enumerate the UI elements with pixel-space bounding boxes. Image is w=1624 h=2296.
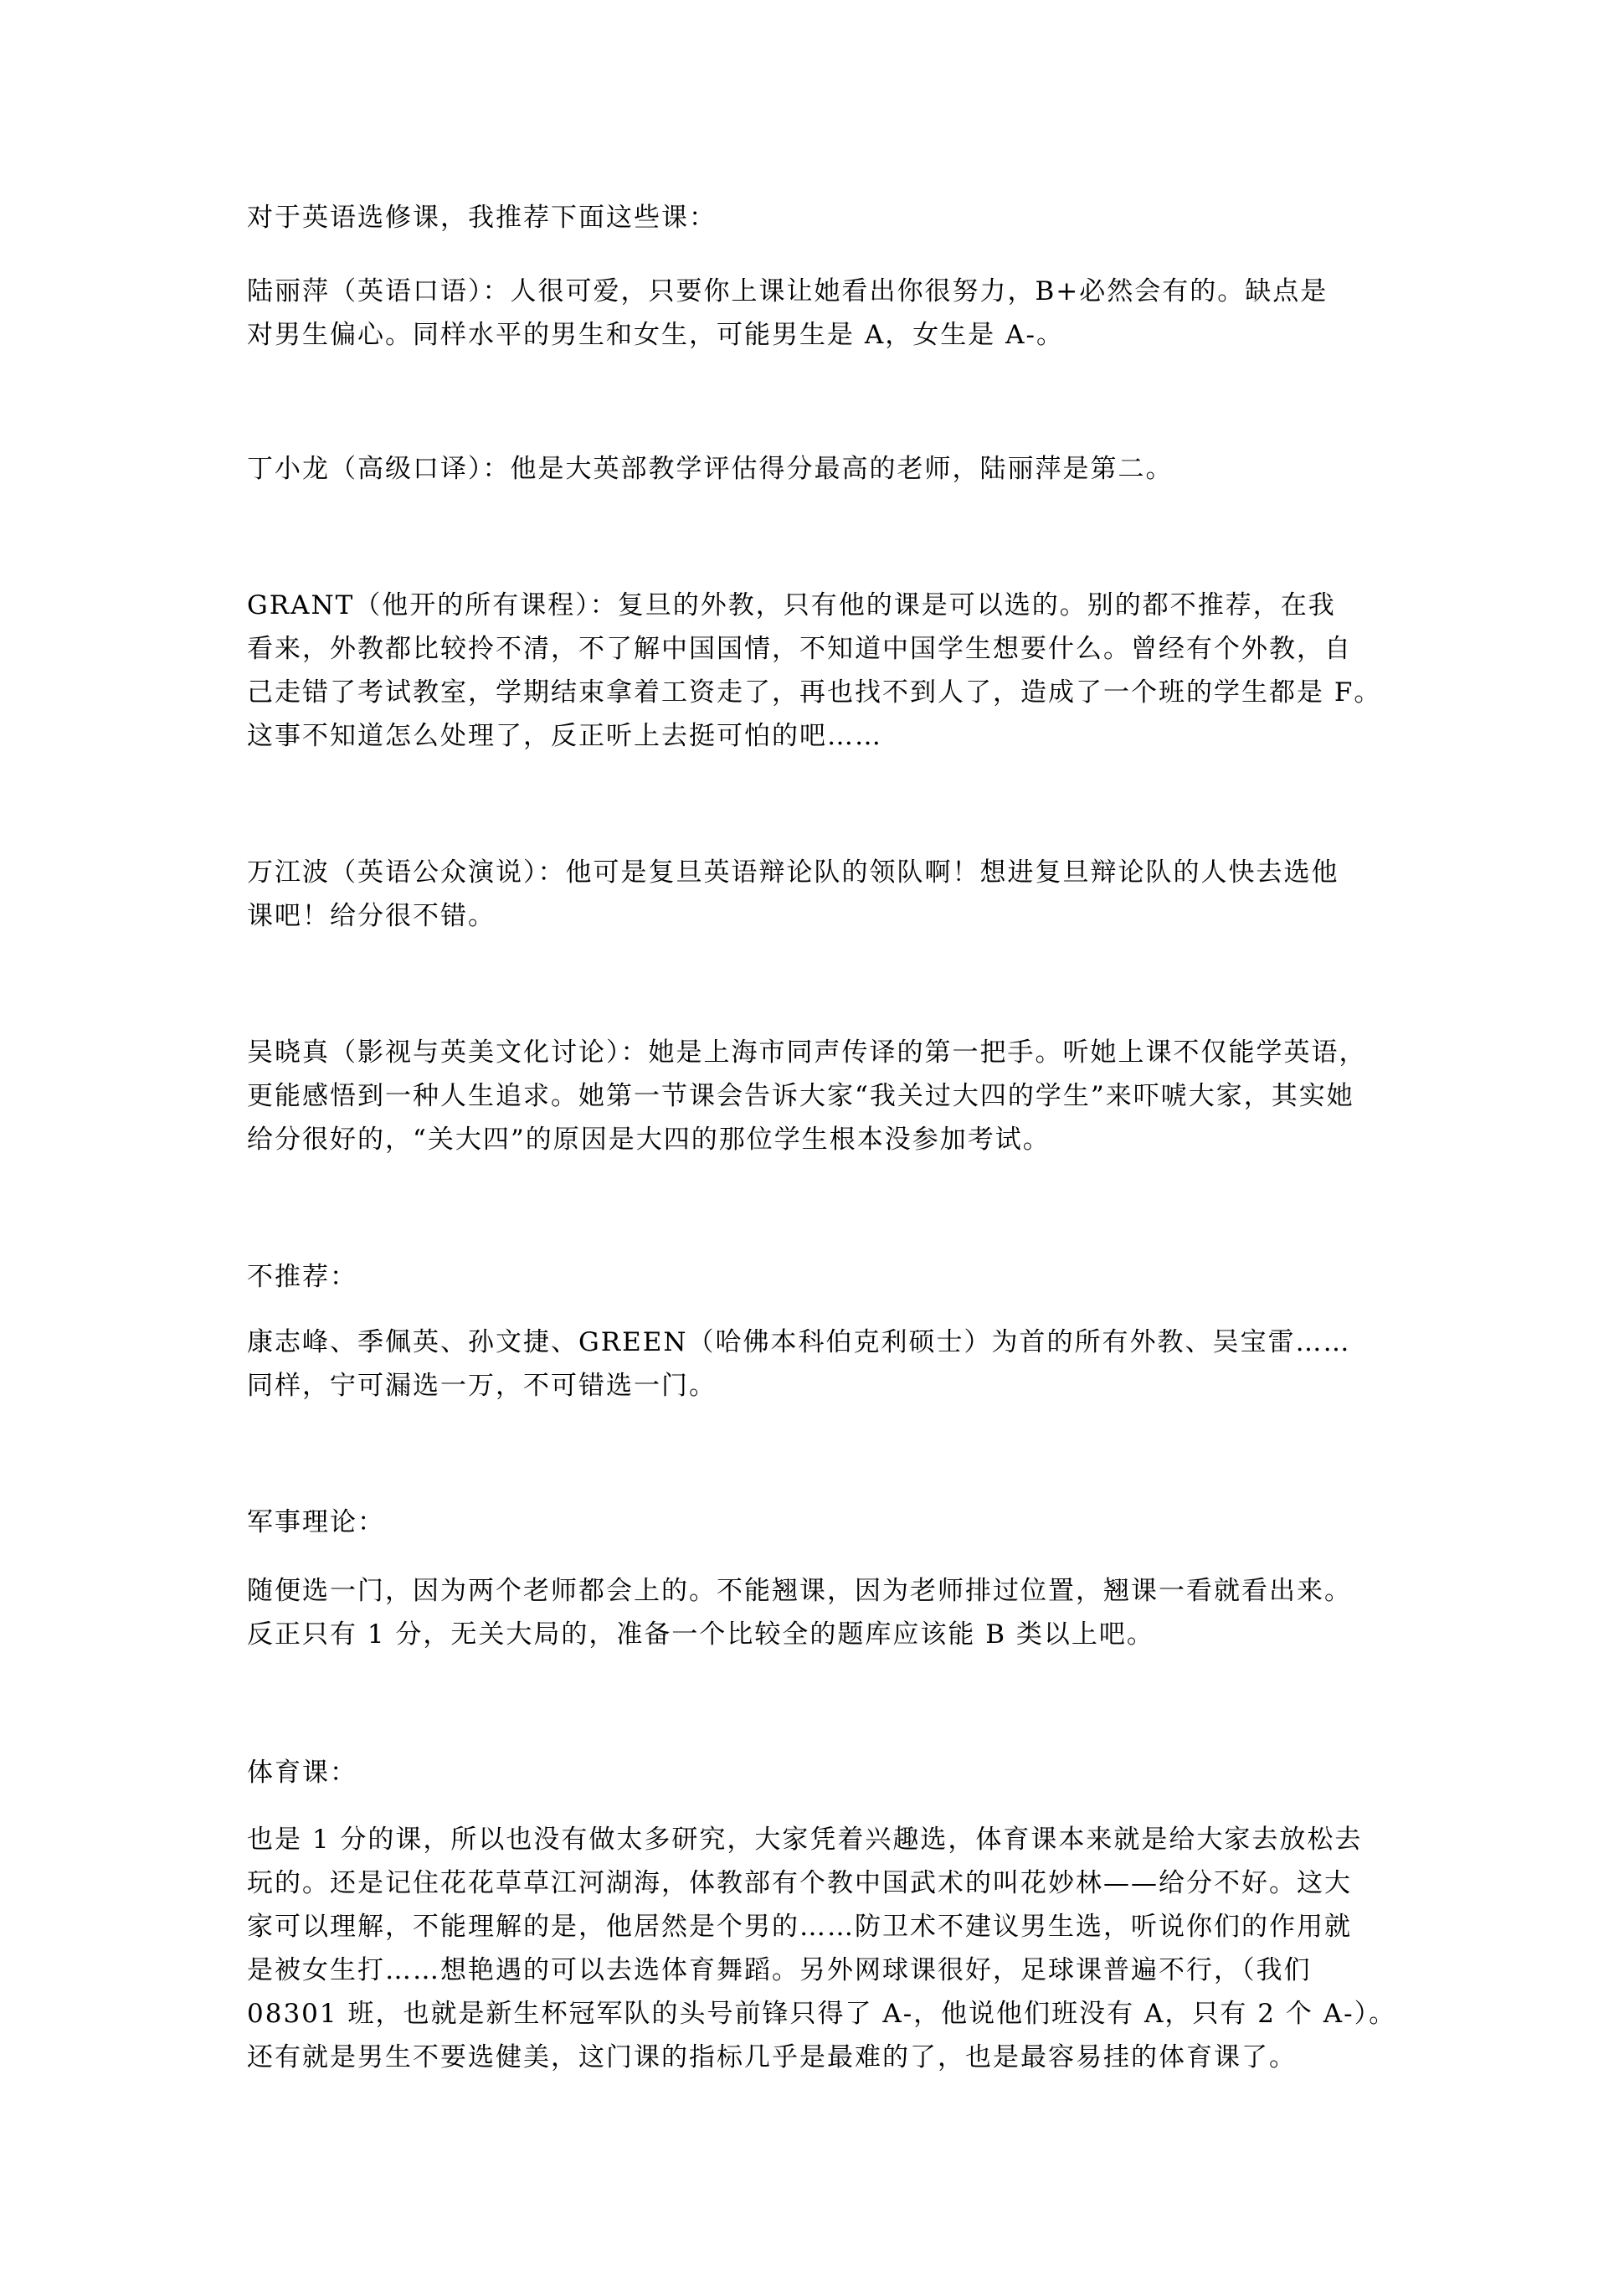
paragraph-line: 随便选一门，因为两个老师都会上的。不能翘课，因为老师排过位置，翘课一看就看出来。 (247, 1569, 1352, 1613)
paragraph-line: 万江波（英语公众演说）：他可是复旦英语辩论队的领队啊！想进复旦辩论队的人快去选他 (247, 851, 1339, 894)
document-page: 对于英语选修课，我推荐下面这些课： 陆丽萍（英语口语）：人很可爱，只要你上课让她… (0, 0, 1624, 2296)
paragraph-line: 康志峰、季佩英、孙文捷、GREEN（哈佛本科伯克利硕士）为首的所有外教、吴宝雷…… (247, 1320, 1351, 1364)
paragraph-line: 也是 1 分的课，所以也没有做太多研究，大家凭着兴趣选，体育课本来就是给大家去放… (247, 1818, 1362, 1861)
military-theory-heading: 军事理论： (247, 1501, 385, 1544)
paragraph-line: 反正只有 1 分，无关大局的，准备一个比较全的题库应该能 B 类以上吧。 (247, 1613, 1154, 1656)
paragraph-line: 家可以理解，不能理解的是，他居然是个男的……防卫术不建议男生选，听说你们的作用就 (247, 1905, 1352, 1949)
paragraph-line: 吴晓真（影视与英美文化讨论）：她是上海市同声传译的第一把手。听她上课不仅能学英语… (247, 1031, 1367, 1074)
paragraph-line: 同样，宁可漏选一万，不可错选一门。 (247, 1364, 717, 1408)
paragraph-line: GRANT（他开的所有课程）：复旦的外教，只有他的课是可以选的。别的都不推荐，在… (247, 584, 1336, 627)
paragraph-line: 更能感悟到一种人生追求。她第一节课会告诉大家“我关过大四的学生”来吓唬大家，其实… (247, 1074, 1354, 1118)
pe-heading: 体育课： (247, 1751, 357, 1794)
paragraph-line: 是被女生打……想艳遇的可以去选体育舞蹈。另外网球课很好，足球课普遍不行，（我们 (247, 1949, 1312, 1992)
paragraph-line: 给分很好的，“关大四”的原因是大四的那位学生根本没参加考试。 (247, 1118, 1051, 1161)
paragraph-line: 对男生偏心。同样水平的男生和女生，可能男生是 A，女生是 A-。 (247, 313, 1064, 357)
paragraph-line: 这事不知道怎么处理了，反正听上去挺可怕的吧…… (247, 714, 882, 758)
paragraph-line: 08301 班，也就是新生杯冠军队的头号前锋只得了 A-，他说他们班没有 A，只… (247, 1992, 1396, 2036)
not-recommended-heading: 不推荐： (247, 1255, 357, 1299)
paragraph-line: 丁小龙（高级口译）：他是大英部教学评估得分最高的老师，陆丽萍是第二。 (247, 447, 1174, 491)
intro-text: 对于英语选修课，我推荐下面这些课： (247, 196, 717, 239)
paragraph-line: 陆丽萍（英语口语）：人很可爱，只要你上课让她看出你很努力，B+必然会有的。缺点是 (247, 270, 1328, 313)
paragraph-line: 玩的。还是记住花花草草江河湖海，体教部有个教中国武术的叫花妙林——给分不好。这大 (247, 1861, 1352, 1905)
paragraph-line: 己走错了考试教室，学期结束拿着工资走了，再也找不到人了，造成了一个班的学生都是 … (247, 671, 1381, 714)
paragraph-line: 课吧！给分很不错。 (247, 894, 496, 938)
paragraph-line: 还有就是男生不要选健美，这门课的指标几乎是最难的了，也是最容易挂的体育课了。 (247, 2036, 1297, 2079)
paragraph-line: 看来，外教都比较拎不清，不了解中国国情，不知道中国学生想要什么。曾经有个外教，自 (247, 627, 1352, 671)
